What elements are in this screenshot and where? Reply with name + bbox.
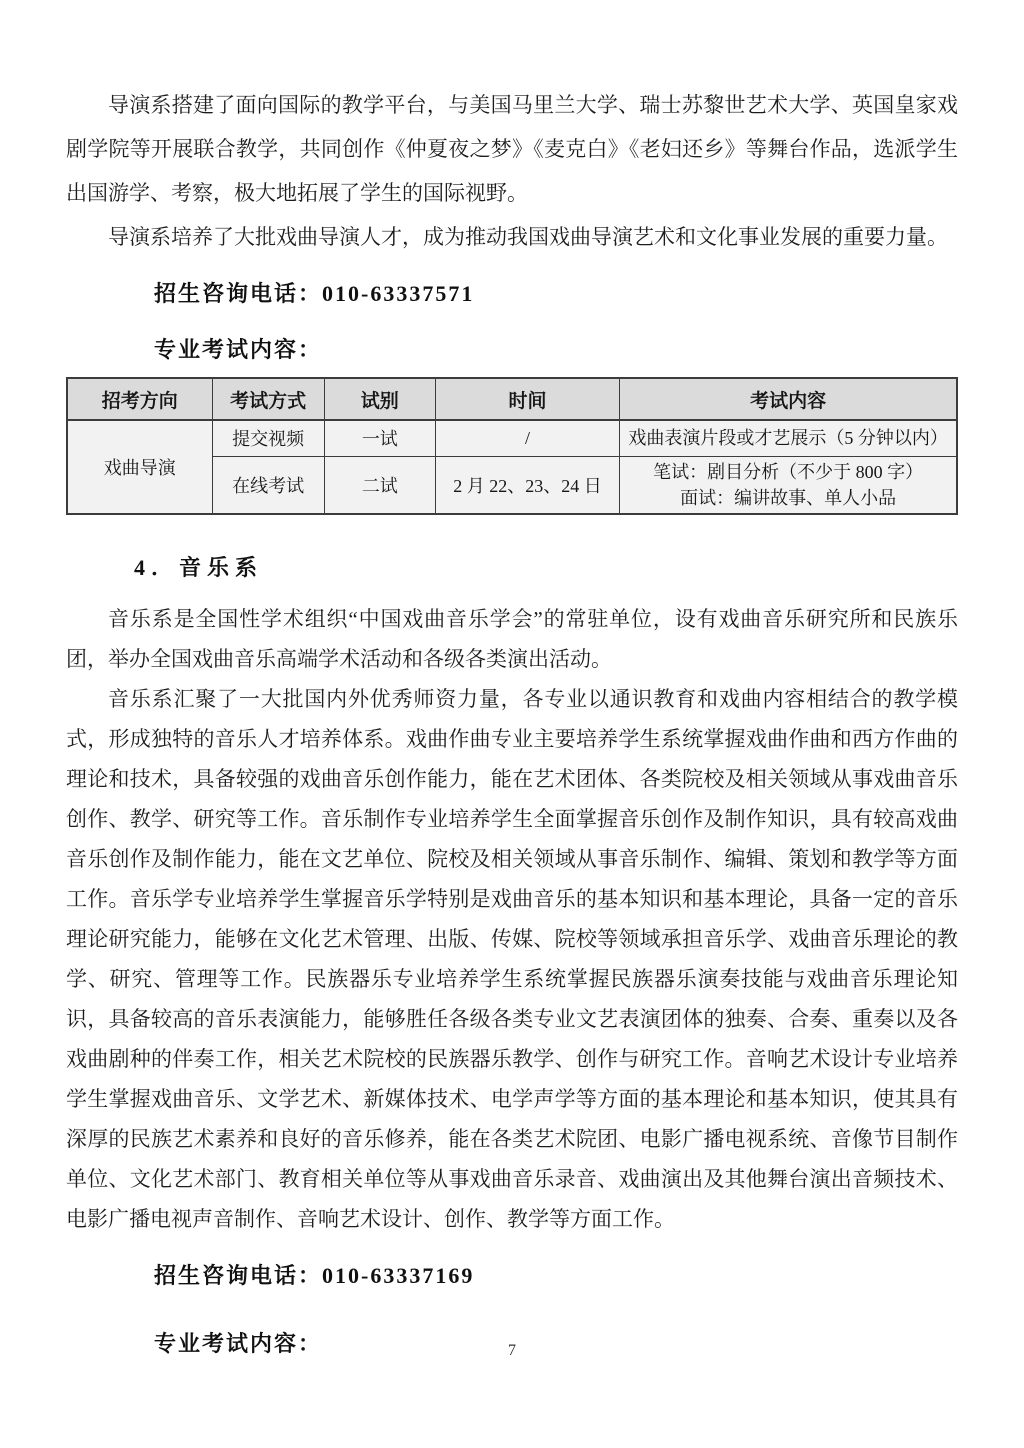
cell-round: 二试 (324, 456, 435, 514)
cell-method: 在线考试 (212, 456, 324, 514)
table-header-row: 招考方向 考试方式 试别 时间 考试内容 (67, 378, 957, 420)
directing-admissions-phone: 招生咨询电话：010-63337571 (154, 279, 958, 309)
music-department-heading: 4．音乐系 (134, 553, 958, 583)
directing-exam-table: 招考方向 考试方式 试别 时间 考试内容 戏曲导演 提交视频 一试 / 戏曲表演… (66, 377, 958, 515)
paragraph-directing-international: 导演系搭建了面向国际的教学平台，与美国马里兰大学、瑞士苏黎世艺术大学、英国皇家戏… (66, 83, 958, 215)
cell-exam-content: 戏曲表演片段或才艺展示（5 分钟以内） (620, 420, 957, 456)
header-exam-content: 考试内容 (620, 378, 957, 420)
cell-direction: 戏曲导演 (67, 420, 212, 514)
document-page: 导演系搭建了面向国际的教学平台，与美国马里兰大学、瑞士苏黎世艺术大学、英国皇家戏… (0, 0, 1024, 1448)
header-time: 时间 (435, 378, 619, 420)
table-row: 戏曲导演 提交视频 一试 / 戏曲表演片段或才艺展示（5 分钟以内） (67, 420, 957, 456)
paragraph-music-intro: 音乐系是全国性学术组织“中国戏曲音乐学会”的常驻单位，设有戏曲音乐研究所和民族乐… (66, 599, 958, 679)
cell-round: 一试 (324, 420, 435, 456)
cell-exam-content: 笔试：剧目分析（不少于 800 字） 面试：编讲故事、单人小品 (620, 456, 957, 514)
paragraph-directing-talent: 导演系培养了大批戏曲导演人才，成为推动我国戏曲导演艺术和文化事业发展的重要力量。 (66, 215, 958, 259)
exam-content-text: 戏曲表演片段或才艺展示（5 分钟以内） (624, 425, 952, 451)
page-content: 导演系搭建了面向国际的教学平台，与美国马里兰大学、瑞士苏黎世艺术大学、英国皇家戏… (66, 0, 958, 1359)
written-exam-text: 笔试：剧目分析（不少于 800 字） (624, 459, 952, 485)
directing-exam-content-title: 专业考试内容： (154, 335, 958, 365)
cell-method: 提交视频 (212, 420, 324, 456)
cell-time: 2 月 22、23、24 日 (435, 456, 619, 514)
interview-exam-text: 面试：编讲故事、单人小品 (624, 485, 952, 511)
header-exam-round: 试别 (324, 378, 435, 420)
cell-time: / (435, 420, 619, 456)
header-exam-method: 考试方式 (212, 378, 324, 420)
page-number: 7 (0, 1342, 1024, 1360)
paragraph-music-programs: 音乐系汇聚了一大批国内外优秀师资力量，各专业以通识教育和戏曲内容相结合的教学模式… (66, 679, 958, 1239)
music-admissions-phone: 招生咨询电话：010-63337169 (154, 1261, 958, 1291)
header-direction: 招考方向 (67, 378, 212, 420)
